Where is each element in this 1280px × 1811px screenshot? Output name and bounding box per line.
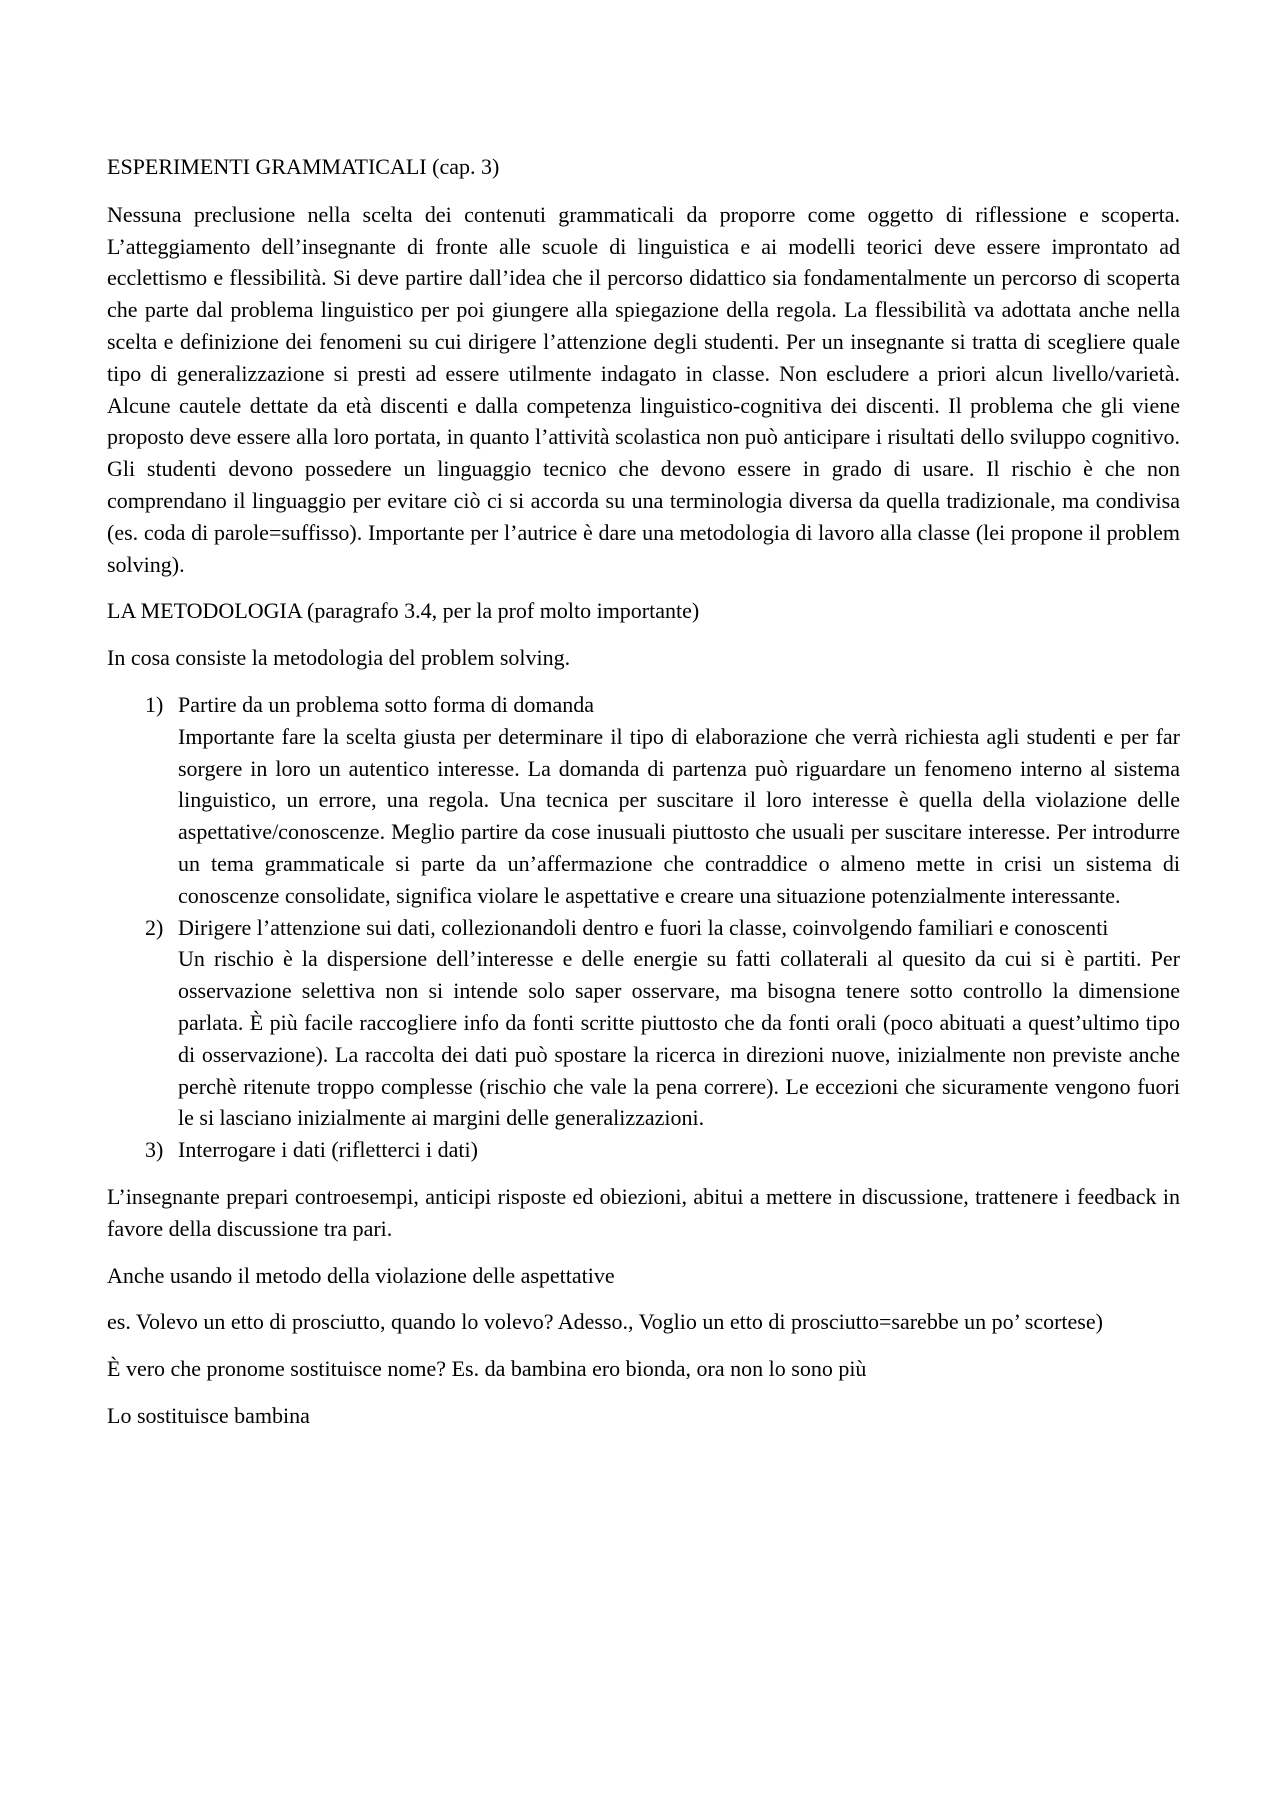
document-page: ESPERIMENTI GRAMMATICALI (cap. 3) Nessun… [0, 0, 1280, 1811]
step-body: Importante fare la scelta giusta per det… [178, 721, 1180, 912]
intro-paragraph: Nessuna preclusione nella scelta dei con… [107, 199, 1180, 581]
step-body: Un rischio è la dispersione dell’interes… [178, 943, 1180, 1134]
step-title: Interrogare i dati (rifletterci i dati) [178, 1134, 1180, 1166]
step-number: 3) [145, 1134, 163, 1166]
step-item-1: 1) Partire da un problema sotto forma di… [107, 689, 1180, 912]
closing-paragraph-3: es. Volevo un etto di prosciutto, quando… [107, 1306, 1180, 1338]
step-item-3: 3) Interrogare i dati (rifletterci i dat… [107, 1134, 1180, 1166]
step-number: 1) [145, 689, 163, 721]
document-title: ESPERIMENTI GRAMMATICALI (cap. 3) [107, 151, 1180, 183]
step-title: Dirigere l’attenzione sui dati, collezio… [178, 912, 1180, 944]
step-item-2: 2) Dirigere l’attenzione sui dati, colle… [107, 912, 1180, 1135]
closing-paragraph-4: È vero che pronome sostituisce nome? Es.… [107, 1353, 1180, 1385]
closing-paragraph-1: L’insegnante prepari controesempi, antic… [107, 1181, 1180, 1245]
steps-list: 1) Partire da un problema sotto forma di… [107, 689, 1180, 1166]
closing-paragraph-2: Anche usando il metodo della violazione … [107, 1260, 1180, 1292]
step-title: Partire da un problema sotto forma di do… [178, 689, 1180, 721]
methodology-question: In cosa consiste la metodologia del prob… [107, 642, 1180, 674]
closing-paragraph-5: Lo sostituisce bambina [107, 1400, 1180, 1432]
methodology-heading: LA METODOLOGIA (paragrafo 3.4, per la pr… [107, 595, 1180, 627]
step-number: 2) [145, 912, 163, 944]
